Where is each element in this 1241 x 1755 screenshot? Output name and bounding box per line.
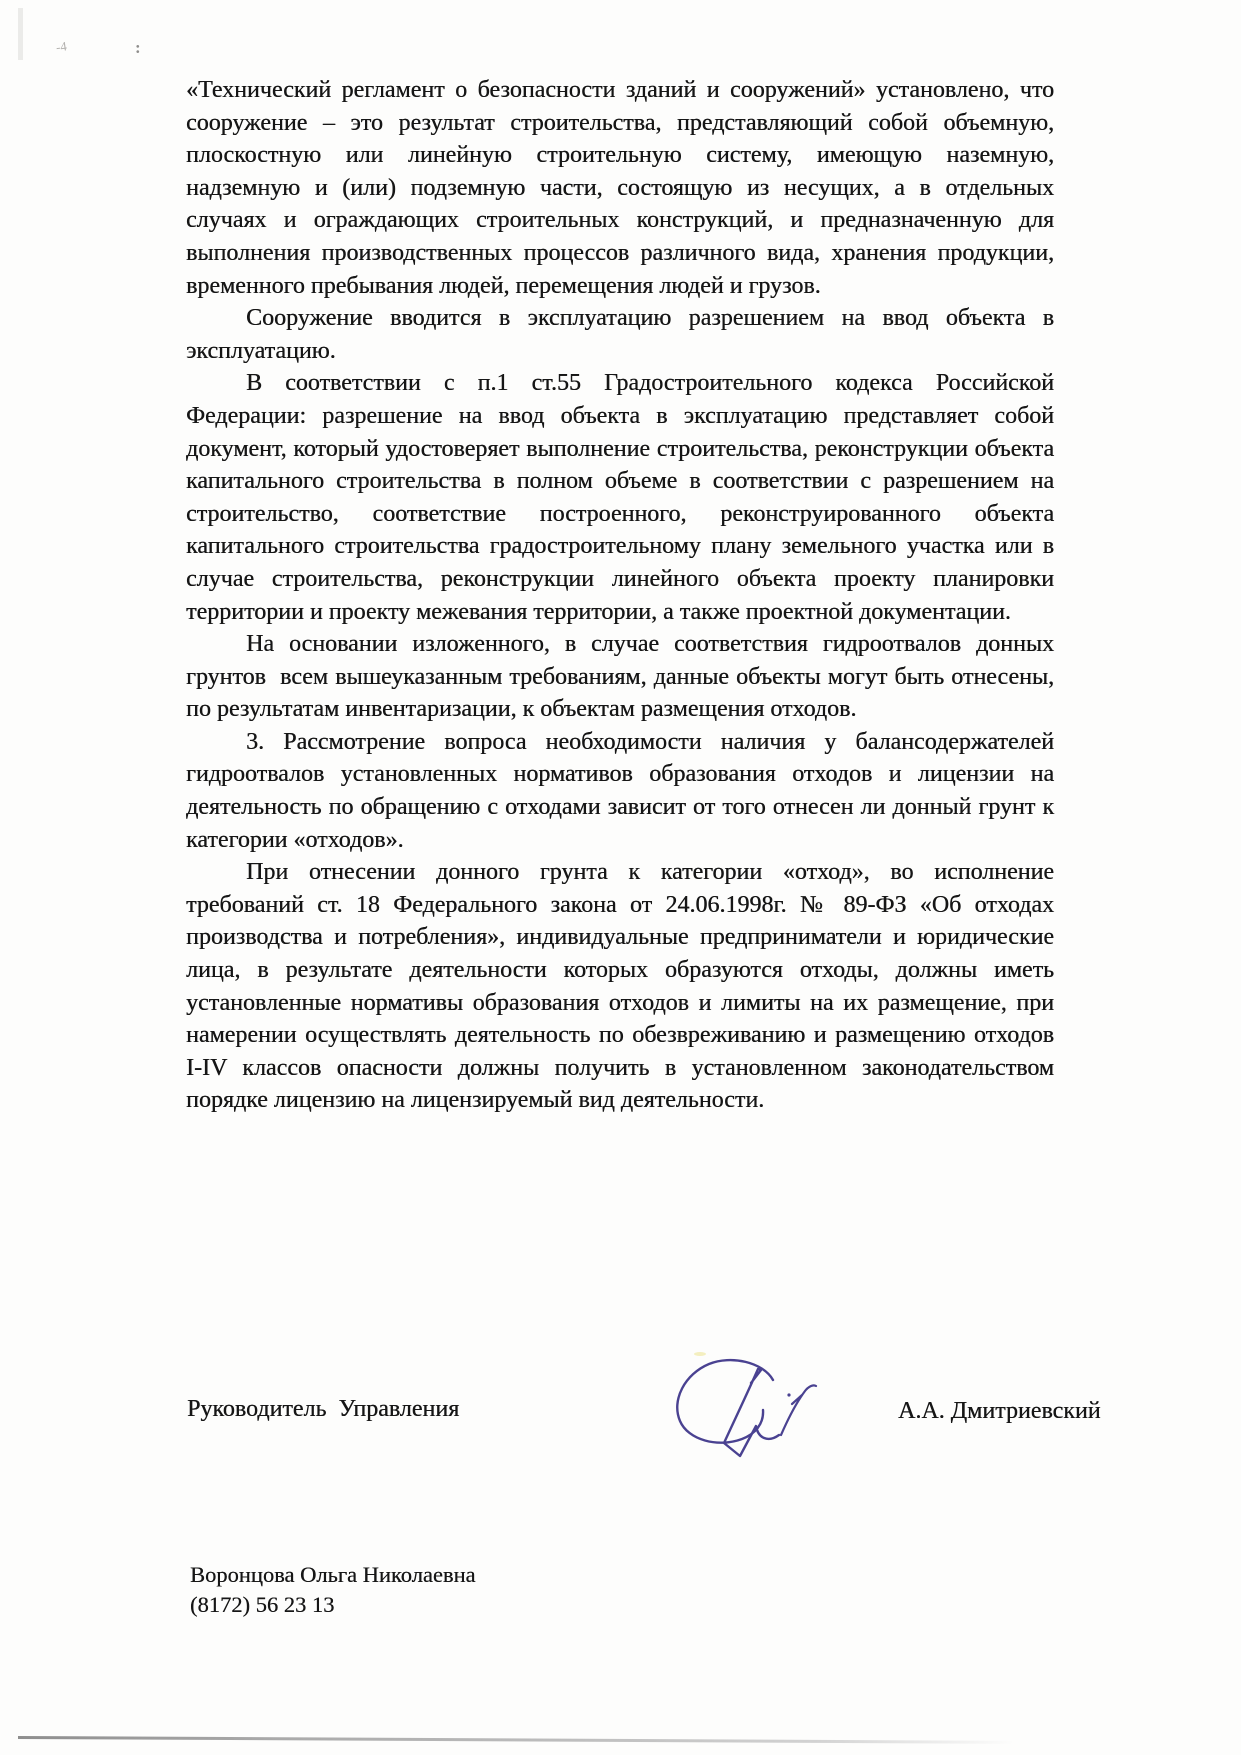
paragraph-6: При отнесении донного грунта к категории…: [186, 856, 1054, 1117]
executor-contact-block: Воронцова Ольга Николаевна (8172) 56 23 …: [190, 1560, 476, 1620]
paragraph-4: На основании изложенного, в случае соотв…: [186, 628, 1054, 726]
signature-stroke-flourish: [781, 1385, 816, 1435]
executor-name: Воронцова Ольга Николаевна: [190, 1560, 476, 1590]
scan-edge-streak: [18, 8, 23, 60]
document-body-text: «Технический регламент о безопасности зд…: [186, 74, 1054, 1117]
paragraph-3: В соответствии с п.1 ст.55 Градостроител…: [186, 367, 1054, 628]
scan-bottom-edge-line: [18, 1736, 1014, 1743]
paragraph-5: 3. Рассмотрение вопроса необходимости на…: [186, 726, 1054, 856]
paragraph-1: «Технический регламент о безопасности зд…: [186, 74, 1054, 302]
executor-phone: (8172) 56 23 13: [190, 1590, 476, 1620]
scan-speck-mark: -4: [55, 38, 68, 55]
scanned-document-page: -4 : «Технический регламент о безопаснос…: [0, 0, 1241, 1755]
handwritten-signature: [595, 1346, 830, 1466]
scan-speck-dots: :: [135, 38, 141, 58]
signatory-name: А.А. Дмитриевский: [898, 1398, 1101, 1425]
signature-ink-dot: [787, 1393, 790, 1396]
signatory-position-title: Руководитель Управления: [187, 1396, 459, 1423]
paragraph-2: Сооружение вводится в эксплуатацию разре…: [186, 302, 1054, 367]
